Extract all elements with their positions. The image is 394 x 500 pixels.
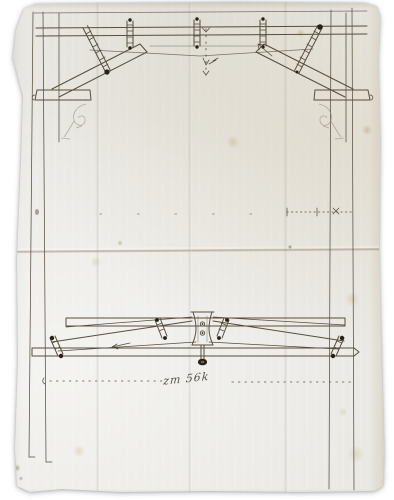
top-border-rule: [34, 11, 367, 13]
photo-stage: zm 56k: [0, 0, 394, 500]
ink-drawing-layer: [0, 0, 394, 500]
kingpost-block: [191, 312, 214, 345]
bolt-head: [317, 24, 323, 30]
arrowhead: [203, 71, 209, 75]
middle-dotted-line: [35, 208, 352, 216]
margin-smudge: [35, 209, 39, 215]
page-background: { "colors": { "background": "#ffffff", "…: [0, 0, 394, 500]
right-scroll-corbel: [319, 104, 344, 139]
left-shoe: [32, 90, 91, 100]
left-rule-inner: [43, 12, 46, 462]
bolt-head: [296, 71, 299, 74]
left-rule-foot-ticks: [29, 457, 52, 462]
upper-beam: [66, 318, 345, 326]
diagonal-ties: [52, 317, 345, 351]
left-scroll-corbel: [61, 104, 86, 139]
inner-strap-right: [217, 318, 229, 340]
left-rule-outer: [29, 12, 33, 457]
inner-strap-left: [155, 318, 167, 340]
cross-mark: [333, 208, 339, 214]
right-rule-outer: [352, 8, 354, 490]
paper-sheet: zm 56k: [0, 0, 394, 500]
right-shoe: [314, 90, 373, 100]
paper-shadow-wrap: zm 56k: [0, 0, 394, 500]
strap-clamp: [127, 18, 133, 49]
arrow-mark: [203, 58, 218, 65]
bolt-head: [104, 69, 109, 74]
scale-start-tick: [43, 378, 45, 384]
left-diagonal-beam: [52, 44, 147, 97]
lower-truss-figure: [32, 312, 359, 365]
outer-strap-left: [50, 336, 63, 358]
upper-truss-figure: [32, 13, 373, 142]
strap-clamp: [194, 17, 200, 48]
margin-rules: [29, 8, 367, 490]
strap-clamp: [260, 17, 266, 48]
right-rule-inner: [329, 10, 331, 489]
center-strap-clamps: [127, 17, 266, 49]
bolt-eye: [201, 361, 205, 363]
